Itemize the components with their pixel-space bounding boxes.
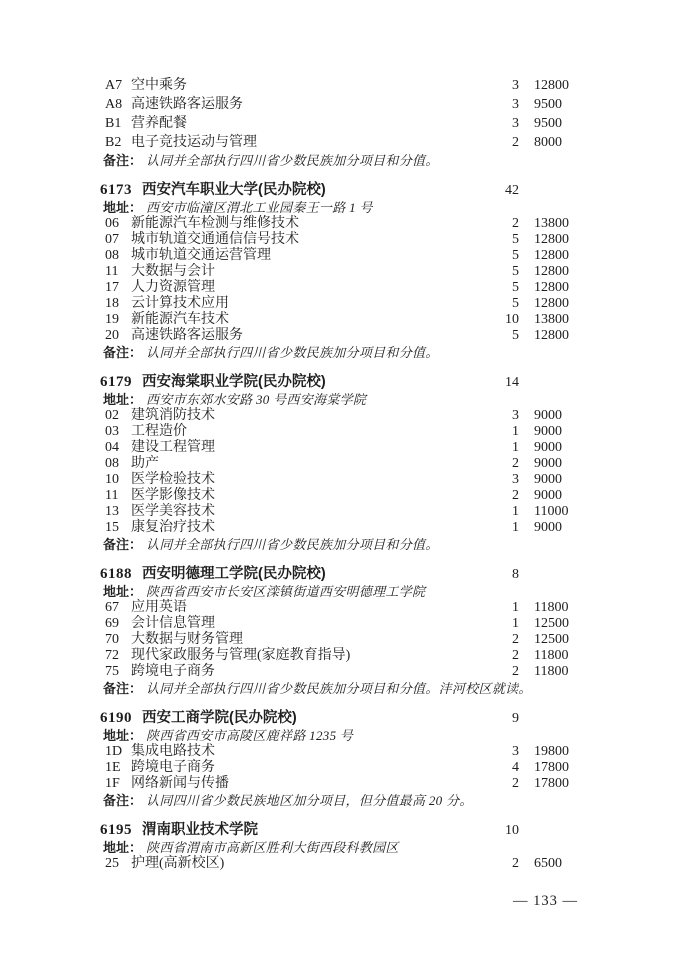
- program-name: 大数据与财务管理: [131, 632, 479, 648]
- program-name: 医学影像技术: [131, 488, 479, 504]
- address-label: 地址：: [103, 728, 142, 743]
- program-code: 13: [102, 504, 131, 520]
- program-list: 06 新能源汽车检测与维修技术 2 13800 07 城市轨道交通通信信号技术 …: [102, 216, 604, 344]
- note-row: 备注：认同并全部执行四川省少数民族加分项目和分值。: [102, 344, 604, 361]
- program-plan-count: 2: [479, 216, 519, 232]
- program-name: 网络新闻与传播: [131, 776, 479, 792]
- program-fee: 13800: [534, 312, 604, 328]
- program-plan-count: 1: [479, 424, 519, 440]
- program-plan-count: 5: [479, 296, 519, 312]
- program-code: 19: [102, 312, 131, 328]
- program-fee: 11000: [534, 504, 604, 520]
- program-row: A7 空中乘务 3 12800: [102, 76, 604, 95]
- program-name: 城市轨道交通通信信号技术: [131, 232, 479, 248]
- program-fee: 9000: [534, 472, 604, 488]
- program-plan-count: 5: [479, 232, 519, 248]
- document-page: A7 空中乘务 3 12800 A8 高速铁路客运服务 3 9500 B1 营养…: [0, 0, 680, 961]
- program-code: 25: [102, 856, 131, 872]
- program-code: 17: [102, 280, 131, 296]
- note-row: 备注：认同并全部执行四川省少数民族加分项目和分值。沣河校区就读。: [102, 680, 604, 697]
- program-fee: 11800: [534, 600, 604, 616]
- institution-name: 西安明德理工学院(民办院校): [142, 565, 479, 583]
- note-label: 备注：: [103, 153, 142, 168]
- program-fee: 9500: [534, 95, 604, 114]
- program-row: B2 电子竞技运动与管理 2 8000: [102, 133, 604, 152]
- program-row: 17 人力资源管理 5 12800: [102, 280, 604, 296]
- program-row: 18 云计算技术应用 5 12800: [102, 296, 604, 312]
- program-plan-count: 1: [479, 616, 519, 632]
- program-fee: 11800: [534, 648, 604, 664]
- program-plan-count: 3: [479, 408, 519, 424]
- program-plan-count: 5: [479, 248, 519, 264]
- program-plan-count: 1: [479, 440, 519, 456]
- program-plan-count: 3: [479, 76, 519, 95]
- address-text: 陕西省西安市高陵区鹿祥路 1235 号: [146, 728, 353, 743]
- institution-section: A7 空中乘务 3 12800 A8 高速铁路客运服务 3 9500 B1 营养…: [102, 76, 604, 169]
- program-row: 1D 集成电路技术 3 19800: [102, 744, 604, 760]
- program-name: 云计算技术应用: [131, 296, 479, 312]
- program-fee: 6500: [534, 856, 604, 872]
- program-plan-count: 10: [479, 312, 519, 328]
- address-text: 陕西省渭南市高新区胜利大街西段科教园区: [146, 840, 399, 855]
- program-code: 1E: [102, 760, 131, 776]
- program-row: 72 现代家政服务与管理(家庭教育指导) 2 11800: [102, 648, 604, 664]
- program-list: 02 建筑消防技术 3 9000 03 工程造价 1 9000 04 建设工程管…: [102, 408, 604, 536]
- address-row: 地址：西安市临潼区渭北工业园秦王一路 1 号: [102, 200, 604, 216]
- address-row: 地址：陕西省西安市长安区滦镇街道西安明德理工学院: [102, 584, 604, 600]
- program-row: 03 工程造价 1 9000: [102, 424, 604, 440]
- program-fee: 13800: [534, 216, 604, 232]
- program-code: 67: [102, 600, 131, 616]
- program-name: 康复治疗技术: [131, 520, 479, 536]
- institution-code: 6188: [100, 565, 132, 583]
- program-code: 20: [102, 328, 131, 344]
- program-fee: 12500: [534, 616, 604, 632]
- address-label: 地址：: [103, 200, 142, 215]
- institution-header: 6173 西安汽车职业大学(民办院校) 42: [102, 181, 604, 200]
- program-code: 75: [102, 664, 131, 680]
- program-plan-count: 3: [479, 95, 519, 114]
- program-row: 69 会计信息管理 1 12500: [102, 616, 604, 632]
- program-row: 06 新能源汽车检测与维修技术 2 13800: [102, 216, 604, 232]
- program-name: 医学检验技术: [131, 472, 479, 488]
- program-code: 04: [102, 440, 131, 456]
- institution-section: 6179 西安海棠职业学院(民办院校) 14 地址：西安市东郊水安路 30 号西…: [102, 373, 604, 553]
- program-plan-count: 1: [479, 520, 519, 536]
- program-name: 营养配餐: [131, 114, 479, 133]
- institution-name: 西安汽车职业大学(民办院校): [142, 181, 479, 199]
- program-row: 19 新能源汽车技术 10 13800: [102, 312, 604, 328]
- program-fee: 12800: [534, 296, 604, 312]
- institution-header: 6195 渭南职业技术学院 10: [102, 821, 604, 840]
- program-row: 13 医学美容技术 1 11000: [102, 504, 604, 520]
- institution-header: 6190 西安工商学院(民办院校) 9: [102, 709, 604, 728]
- program-name: 高速铁路客运服务: [131, 95, 479, 114]
- address-text: 西安市临潼区渭北工业园秦王一路 1 号: [146, 200, 373, 215]
- program-name: 工程造价: [131, 424, 479, 440]
- note-label: 备注：: [103, 345, 142, 360]
- program-fee: 12800: [534, 76, 604, 95]
- program-code: 70: [102, 632, 131, 648]
- program-row: A8 高速铁路客运服务 3 9500: [102, 95, 604, 114]
- institution-name: 西安海棠职业学院(民办院校): [142, 373, 479, 391]
- program-code: 08: [102, 456, 131, 472]
- program-row: 25 护理(高新校区) 2 6500: [102, 856, 604, 872]
- note-text: 认同四川省少数民族地区加分项目，但分值最高 20 分。: [146, 793, 473, 808]
- program-row: 20 高速铁路客运服务 5 12800: [102, 328, 604, 344]
- program-fee: 8000: [534, 133, 604, 152]
- program-name: 新能源汽车技术: [131, 312, 479, 328]
- institution-total-plan: 42: [479, 182, 519, 200]
- program-code: A8: [102, 95, 131, 114]
- address-text: 陕西省西安市长安区滦镇街道西安明德理工学院: [146, 584, 425, 599]
- note-label: 备注：: [103, 793, 142, 808]
- program-plan-count: 2: [479, 133, 519, 152]
- program-list: 25 护理(高新校区) 2 6500: [102, 856, 604, 872]
- program-plan-count: 2: [479, 488, 519, 504]
- program-name: 应用英语: [131, 600, 479, 616]
- program-fee: 9000: [534, 520, 604, 536]
- program-plan-count: 1: [479, 504, 519, 520]
- program-code: 11: [102, 488, 131, 504]
- program-fee: 19800: [534, 744, 604, 760]
- program-name: 新能源汽车检测与维修技术: [131, 216, 479, 232]
- program-fee: 17800: [534, 776, 604, 792]
- program-name: 会计信息管理: [131, 616, 479, 632]
- institution-name: 渭南职业技术学院: [142, 821, 479, 839]
- program-list: A7 空中乘务 3 12800 A8 高速铁路客运服务 3 9500 B1 营养…: [102, 76, 604, 152]
- program-code: 10: [102, 472, 131, 488]
- program-row: 1F 网络新闻与传播 2 17800: [102, 776, 604, 792]
- program-fee: 12800: [534, 280, 604, 296]
- program-row: 08 城市轨道交通运营管理 5 12800: [102, 248, 604, 264]
- program-code: 06: [102, 216, 131, 232]
- program-code: 69: [102, 616, 131, 632]
- note-row: 备注：认同并全部执行四川省少数民族加分项目和分值。: [102, 536, 604, 553]
- institution-section: 6190 西安工商学院(民办院校) 9 地址：陕西省西安市高陵区鹿祥路 1235…: [102, 709, 604, 809]
- program-code: A7: [102, 76, 131, 95]
- program-plan-count: 2: [479, 856, 519, 872]
- program-fee: 12800: [534, 264, 604, 280]
- program-plan-count: 5: [479, 280, 519, 296]
- address-label: 地址：: [103, 840, 142, 855]
- program-code: 07: [102, 232, 131, 248]
- institution-total-plan: 8: [479, 566, 519, 584]
- program-plan-count: 5: [479, 328, 519, 344]
- program-code: 15: [102, 520, 131, 536]
- program-fee: 12500: [534, 632, 604, 648]
- program-name: 建筑消防技术: [131, 408, 479, 424]
- program-fee: 9500: [534, 114, 604, 133]
- note-label: 备注：: [103, 681, 142, 696]
- program-row: 08 助产 2 9000: [102, 456, 604, 472]
- address-label: 地址：: [103, 584, 142, 599]
- program-list: 67 应用英语 1 11800 69 会计信息管理 1 12500 70 大数据…: [102, 600, 604, 680]
- program-row: 70 大数据与财务管理 2 12500: [102, 632, 604, 648]
- program-name: 助产: [131, 456, 479, 472]
- program-code: 11: [102, 264, 131, 280]
- program-row: 02 建筑消防技术 3 9000: [102, 408, 604, 424]
- program-name: 护理(高新校区): [131, 856, 479, 872]
- institution-section: 6173 西安汽车职业大学(民办院校) 42 地址：西安市临潼区渭北工业园秦王一…: [102, 181, 604, 361]
- institution-name: 西安工商学院(民办院校): [142, 709, 479, 727]
- document-body: A7 空中乘务 3 12800 A8 高速铁路客运服务 3 9500 B1 营养…: [102, 76, 604, 884]
- program-row: 15 康复治疗技术 1 9000: [102, 520, 604, 536]
- program-code: 08: [102, 248, 131, 264]
- institution-section: 6188 西安明德理工学院(民办院校) 8 地址：陕西省西安市长安区滦镇街道西安…: [102, 565, 604, 697]
- program-plan-count: 3: [479, 114, 519, 133]
- program-code: 03: [102, 424, 131, 440]
- program-code: 1F: [102, 776, 131, 792]
- program-plan-count: 4: [479, 760, 519, 776]
- address-row: 地址：西安市东郊水安路 30 号西安海棠学院: [102, 392, 604, 408]
- program-code: B1: [102, 114, 131, 133]
- institution-code: 6179: [100, 373, 132, 391]
- program-row: 04 建设工程管理 1 9000: [102, 440, 604, 456]
- program-plan-count: 3: [479, 744, 519, 760]
- institution-code: 6190: [100, 709, 132, 727]
- program-row: 75 跨境电子商务 2 11800: [102, 664, 604, 680]
- program-row: 07 城市轨道交通通信信号技术 5 12800: [102, 232, 604, 248]
- note-text: 认同并全部执行四川省少数民族加分项目和分值。: [146, 345, 439, 360]
- program-fee: 17800: [534, 760, 604, 776]
- program-plan-count: 2: [479, 648, 519, 664]
- program-fee: 12800: [534, 248, 604, 264]
- program-plan-count: 2: [479, 632, 519, 648]
- program-code: 72: [102, 648, 131, 664]
- program-plan-count: 2: [479, 456, 519, 472]
- address-row: 地址：陕西省渭南市高新区胜利大街西段科教园区: [102, 840, 604, 856]
- program-row: B1 营养配餐 3 9500: [102, 114, 604, 133]
- note-text: 认同并全部执行四川省少数民族加分项目和分值。: [146, 153, 439, 168]
- institution-code: 6173: [100, 181, 132, 199]
- program-fee: 9000: [534, 440, 604, 456]
- program-fee: 12800: [534, 232, 604, 248]
- program-plan-count: 3: [479, 472, 519, 488]
- institution-header: 6179 西安海棠职业学院(民办院校) 14: [102, 373, 604, 392]
- program-name: 集成电路技术: [131, 744, 479, 760]
- program-name: 空中乘务: [131, 76, 479, 95]
- program-name: 高速铁路客运服务: [131, 328, 479, 344]
- program-code: B2: [102, 133, 131, 152]
- program-row: 11 大数据与会计 5 12800: [102, 264, 604, 280]
- program-row: 11 医学影像技术 2 9000: [102, 488, 604, 504]
- program-fee: 12800: [534, 328, 604, 344]
- page-number: — 133 —: [0, 893, 578, 910]
- institution-total-plan: 9: [479, 710, 519, 728]
- note-label: 备注：: [103, 537, 142, 552]
- note-row: 备注：认同并全部执行四川省少数民族加分项目和分值。: [102, 152, 604, 169]
- program-plan-count: 2: [479, 776, 519, 792]
- program-plan-count: 1: [479, 600, 519, 616]
- note-text: 认同并全部执行四川省少数民族加分项目和分值。沣河校区就读。: [146, 681, 532, 696]
- program-plan-count: 2: [479, 664, 519, 680]
- program-code: 02: [102, 408, 131, 424]
- address-text: 西安市东郊水安路 30 号西安海棠学院: [146, 392, 366, 407]
- address-label: 地址：: [103, 392, 142, 407]
- program-name: 大数据与会计: [131, 264, 479, 280]
- program-name: 建设工程管理: [131, 440, 479, 456]
- program-name: 医学美容技术: [131, 504, 479, 520]
- program-name: 城市轨道交通运营管理: [131, 248, 479, 264]
- institution-code: 6195: [100, 821, 132, 839]
- program-list: 1D 集成电路技术 3 19800 1E 跨境电子商务 4 17800 1F 网…: [102, 744, 604, 792]
- program-name: 现代家政服务与管理(家庭教育指导): [131, 648, 479, 664]
- institution-total-plan: 10: [479, 822, 519, 840]
- program-fee: 11800: [534, 664, 604, 680]
- program-row: 1E 跨境电子商务 4 17800: [102, 760, 604, 776]
- program-code: 18: [102, 296, 131, 312]
- program-fee: 9000: [534, 456, 604, 472]
- program-fee: 9000: [534, 488, 604, 504]
- program-plan-count: 5: [479, 264, 519, 280]
- program-name: 跨境电子商务: [131, 664, 479, 680]
- address-row: 地址：陕西省西安市高陵区鹿祥路 1235 号: [102, 728, 604, 744]
- program-name: 跨境电子商务: [131, 760, 479, 776]
- program-fee: 9000: [534, 408, 604, 424]
- program-fee: 9000: [534, 424, 604, 440]
- program-name: 人力资源管理: [131, 280, 479, 296]
- institution-total-plan: 14: [479, 374, 519, 392]
- program-code: 1D: [102, 744, 131, 760]
- program-row: 67 应用英语 1 11800: [102, 600, 604, 616]
- note-text: 认同并全部执行四川省少数民族加分项目和分值。: [146, 537, 439, 552]
- note-row: 备注：认同四川省少数民族地区加分项目，但分值最高 20 分。: [102, 792, 604, 809]
- program-name: 电子竞技运动与管理: [131, 133, 479, 152]
- institution-header: 6188 西安明德理工学院(民办院校) 8: [102, 565, 604, 584]
- program-row: 10 医学检验技术 3 9000: [102, 472, 604, 488]
- institution-section: 6195 渭南职业技术学院 10 地址：陕西省渭南市高新区胜利大街西段科教园区 …: [102, 821, 604, 872]
